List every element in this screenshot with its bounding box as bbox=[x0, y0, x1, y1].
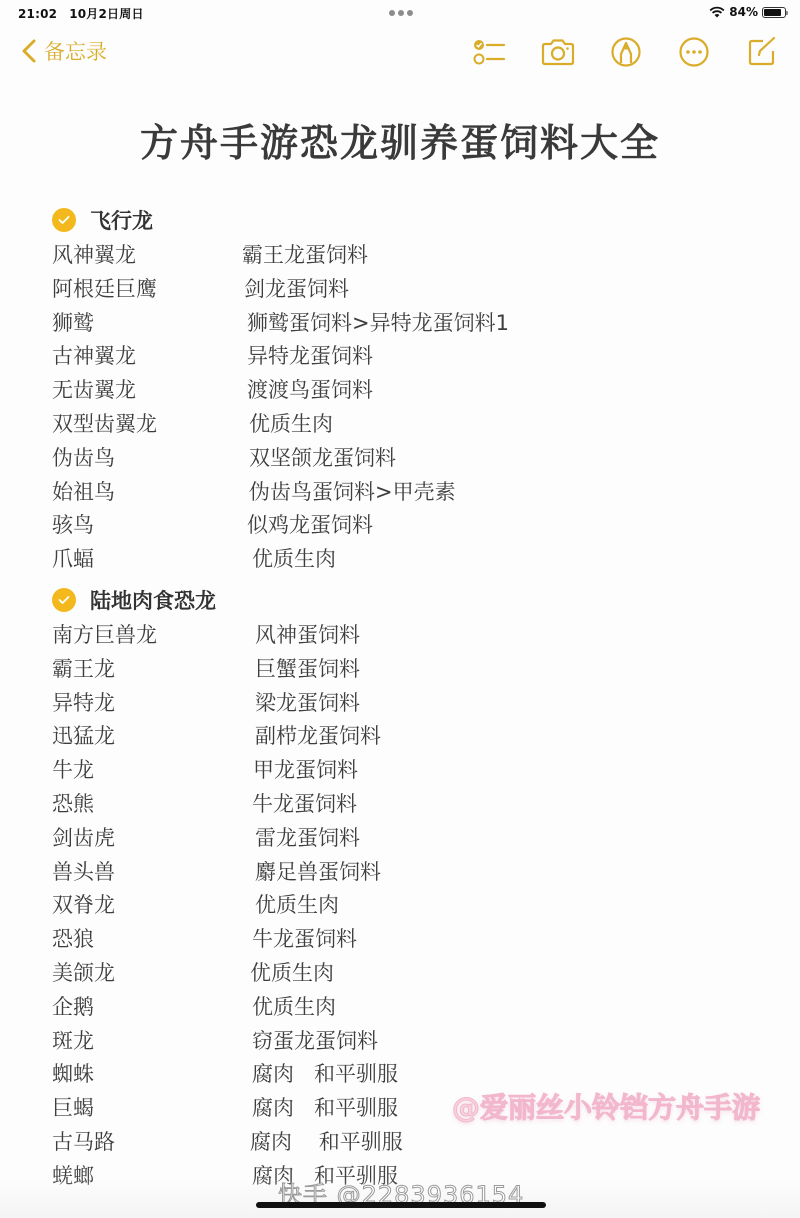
more-button[interactable] bbox=[676, 34, 712, 70]
feed-value: 梁龙蛋饲料 bbox=[255, 687, 360, 717]
creature-name: 霸王龙 bbox=[52, 653, 115, 683]
list-row[interactable]: 伪齿鸟双坚颌龙蛋饲料 bbox=[52, 440, 153, 474]
creature-name: 风神翼龙 bbox=[52, 239, 136, 269]
battery-icon bbox=[762, 7, 786, 18]
creature-name: 古马路 bbox=[52, 1126, 115, 1156]
feed-value: 风神蛋饲料 bbox=[255, 619, 360, 649]
checkmark-icon bbox=[58, 595, 70, 605]
note-toolbar bbox=[472, 34, 780, 70]
list-row[interactable]: 巨蝎腐肉 和平驯服 bbox=[52, 1090, 216, 1124]
creature-name: 狮鹫 bbox=[52, 307, 94, 337]
section-title: 飞行龙 bbox=[90, 205, 153, 235]
section-land-carnivores: 陆地肉食恐龙 南方巨兽龙风神蛋饲料 霸王龙巨蟹蛋饲料 异特龙梁龙蛋饲料 迅猛龙副… bbox=[52, 583, 216, 1192]
list-row[interactable]: 爪蝠优质生肉 bbox=[52, 541, 153, 575]
feed-value: 副栉龙蛋饲料 bbox=[255, 720, 381, 750]
status-right: 84% bbox=[709, 5, 786, 19]
section-title: 陆地肉食恐龙 bbox=[90, 585, 216, 615]
more-icon bbox=[678, 36, 710, 68]
list-row[interactable]: 南方巨兽龙风神蛋饲料 bbox=[52, 617, 216, 651]
creature-name: 恐熊 bbox=[52, 788, 94, 818]
feed-value: 甲龙蛋饲料 bbox=[253, 754, 358, 784]
feed-value: 霸王龙蛋饲料 bbox=[242, 239, 368, 269]
creature-name: 巨蝎 bbox=[52, 1092, 94, 1122]
multitasking-dots-icon[interactable] bbox=[389, 10, 413, 16]
checklist-checkbox[interactable] bbox=[52, 208, 76, 232]
feed-value: 优质生肉 bbox=[252, 543, 336, 573]
checkmark-icon bbox=[58, 215, 70, 225]
note-title[interactable]: 方舟手游恐龙驯养蛋饲料大全 bbox=[0, 112, 800, 167]
creature-name: 阿根廷巨鹰 bbox=[52, 273, 157, 303]
section-header: 飞行龙 bbox=[52, 203, 153, 237]
creature-name: 蜘蛛 bbox=[52, 1058, 94, 1088]
list-row[interactable]: 风神翼龙霸王龙蛋饲料 bbox=[52, 237, 153, 271]
feed-value: 伪齿鸟蛋饲料>甲壳素 bbox=[249, 476, 456, 506]
creature-name: 剑齿虎 bbox=[52, 822, 115, 852]
feed-value: 优质生肉 bbox=[255, 889, 339, 919]
feed-value: 异特龙蛋饲料 bbox=[247, 340, 373, 370]
creature-name: 爪蝠 bbox=[52, 543, 94, 573]
creature-name: 牛龙 bbox=[52, 754, 94, 784]
feed-value: 腐肉 和平驯服 bbox=[252, 1092, 398, 1122]
camera-button[interactable] bbox=[540, 34, 576, 70]
creature-name: 异特龙 bbox=[52, 687, 115, 717]
compose-icon bbox=[746, 36, 778, 68]
list-row[interactable]: 古神翼龙异特龙蛋饲料 bbox=[52, 338, 153, 372]
feed-value: 优质生肉 bbox=[250, 957, 334, 987]
feed-value: 腐肉 和平驯服 bbox=[250, 1126, 403, 1156]
list-row[interactable]: 始祖鸟伪齿鸟蛋饲料>甲壳素 bbox=[52, 474, 153, 508]
list-row[interactable]: 牛龙甲龙蛋饲料 bbox=[52, 752, 216, 786]
creature-name: 美颌龙 bbox=[52, 957, 115, 987]
creature-name: 恐狼 bbox=[52, 923, 94, 953]
markup-pen-icon bbox=[610, 36, 642, 68]
battery-percent: 84% bbox=[729, 5, 758, 19]
status-time: 21:02 bbox=[18, 7, 57, 21]
status-date: 10月2日周日 bbox=[69, 7, 143, 21]
feed-value: 优质生肉 bbox=[249, 408, 333, 438]
creature-name: 双脊龙 bbox=[52, 889, 115, 919]
author-watermark: @爱丽丝小铃铛方舟手游 bbox=[452, 1086, 760, 1126]
list-row[interactable]: 古马路腐肉 和平驯服 bbox=[52, 1124, 216, 1158]
list-row[interactable]: 恐熊牛龙蛋饲料 bbox=[52, 786, 216, 820]
list-row[interactable]: 双脊龙优质生肉 bbox=[52, 887, 216, 921]
feed-value: 巨蟹蛋饲料 bbox=[255, 653, 360, 683]
creature-name: 兽头兽 bbox=[52, 856, 115, 886]
creature-name: 始祖鸟 bbox=[52, 476, 115, 506]
section-flyers: 飞行龙 风神翼龙霸王龙蛋饲料 阿根廷巨鹰剑龙蛋饲料 狮鹫狮鹫蛋饲料>异特龙蛋饲料… bbox=[52, 203, 153, 575]
list-row[interactable]: 迅猛龙副栉龙蛋饲料 bbox=[52, 718, 216, 752]
feed-value: 双坚颌龙蛋饲料 bbox=[249, 442, 396, 472]
list-row[interactable]: 企鹅优质生肉 bbox=[52, 989, 216, 1023]
feed-value: 剑龙蛋饲料 bbox=[244, 273, 349, 303]
wifi-icon bbox=[709, 6, 725, 18]
list-row[interactable]: 美颌龙优质生肉 bbox=[52, 955, 216, 989]
markup-button[interactable] bbox=[608, 34, 644, 70]
chevron-left-icon bbox=[20, 38, 38, 64]
status-bar: 21:0210月2日周日 84% bbox=[0, 0, 800, 26]
nav-bar: 备忘录 bbox=[0, 30, 800, 74]
list-row[interactable]: 斑龙窃蛋龙蛋饲料 bbox=[52, 1023, 216, 1057]
list-row[interactable]: 狮鹫狮鹫蛋饲料>异特龙蛋饲料1 bbox=[52, 305, 153, 339]
section-header: 陆地肉食恐龙 bbox=[52, 583, 216, 617]
back-label: 备忘录 bbox=[44, 36, 107, 66]
feed-value: 似鸡龙蛋饲料 bbox=[247, 509, 373, 539]
feed-value: 狮鹫蛋饲料>异特龙蛋饲料1 bbox=[247, 307, 509, 337]
list-row[interactable]: 双型齿翼龙优质生肉 bbox=[52, 406, 153, 440]
feed-value: 雷龙蛋饲料 bbox=[255, 822, 360, 852]
checklist-checkbox[interactable] bbox=[52, 588, 76, 612]
list-row[interactable]: 剑齿虎雷龙蛋饲料 bbox=[52, 820, 216, 854]
feed-value: 腐肉 和平驯服 bbox=[252, 1058, 398, 1088]
feed-value: 窃蛋龙蛋饲料 bbox=[252, 1025, 378, 1055]
list-row[interactable]: 无齿翼龙渡渡鸟蛋饲料 bbox=[52, 372, 153, 406]
creature-name: 企鹅 bbox=[52, 991, 94, 1021]
creature-name: 双型齿翼龙 bbox=[52, 408, 157, 438]
feed-value: 优质生肉 bbox=[252, 991, 336, 1021]
list-row[interactable]: 兽头兽麝足兽蛋饲料 bbox=[52, 854, 216, 888]
back-button[interactable]: 备忘录 bbox=[20, 36, 107, 66]
creature-name: 伪齿鸟 bbox=[52, 442, 115, 472]
notes-screen: 21:0210月2日周日 84% 备忘录 bbox=[0, 0, 800, 1218]
list-row[interactable]: 霸王龙巨蟹蛋饲料 bbox=[52, 651, 216, 685]
creature-name: 南方巨兽龙 bbox=[52, 619, 157, 649]
creature-name: 古神翼龙 bbox=[52, 340, 136, 370]
creature-name: 骇鸟 bbox=[52, 509, 94, 539]
list-row[interactable]: 蜘蛛腐肉 和平驯服 bbox=[52, 1056, 216, 1090]
feed-value: 牛龙蛋饲料 bbox=[252, 788, 357, 818]
list-row[interactable]: 骇鸟似鸡龙蛋饲料 bbox=[52, 507, 153, 541]
list-row[interactable]: 异特龙梁龙蛋饲料 bbox=[52, 685, 216, 719]
home-indicator[interactable] bbox=[256, 1202, 546, 1208]
feed-value: 麝足兽蛋饲料 bbox=[255, 856, 381, 886]
compose-button[interactable] bbox=[744, 34, 780, 70]
feed-value: 渡渡鸟蛋饲料 bbox=[247, 374, 373, 404]
camera-icon bbox=[540, 38, 576, 66]
feed-value: 牛龙蛋饲料 bbox=[252, 923, 357, 953]
creature-name: 斑龙 bbox=[52, 1025, 94, 1055]
creature-name: 迅猛龙 bbox=[52, 720, 115, 750]
creature-name: 无齿翼龙 bbox=[52, 374, 136, 404]
list-row[interactable]: 阿根廷巨鹰剑龙蛋饲料 bbox=[52, 271, 153, 305]
checklist-icon bbox=[473, 37, 507, 67]
list-row[interactable]: 恐狼牛龙蛋饲料 bbox=[52, 921, 216, 955]
checklist-button[interactable] bbox=[472, 34, 508, 70]
status-time-date: 21:0210月2日周日 bbox=[18, 5, 144, 22]
